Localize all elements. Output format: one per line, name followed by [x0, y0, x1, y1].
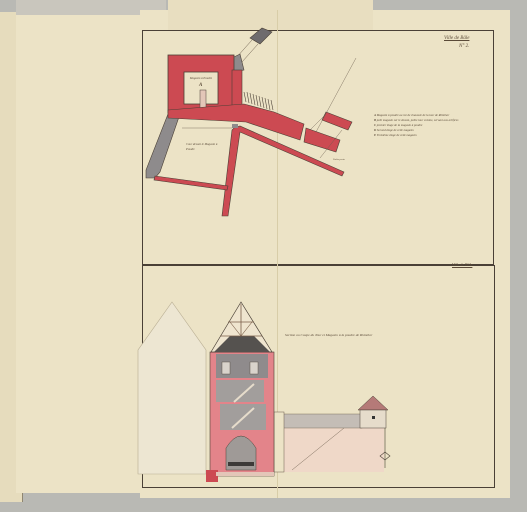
section-drawing	[0, 0, 527, 512]
section-title: Ville de Bâle	[452, 262, 472, 267]
section-caption: Section ou Coupe du Tour et Magasin à la…	[285, 333, 372, 337]
